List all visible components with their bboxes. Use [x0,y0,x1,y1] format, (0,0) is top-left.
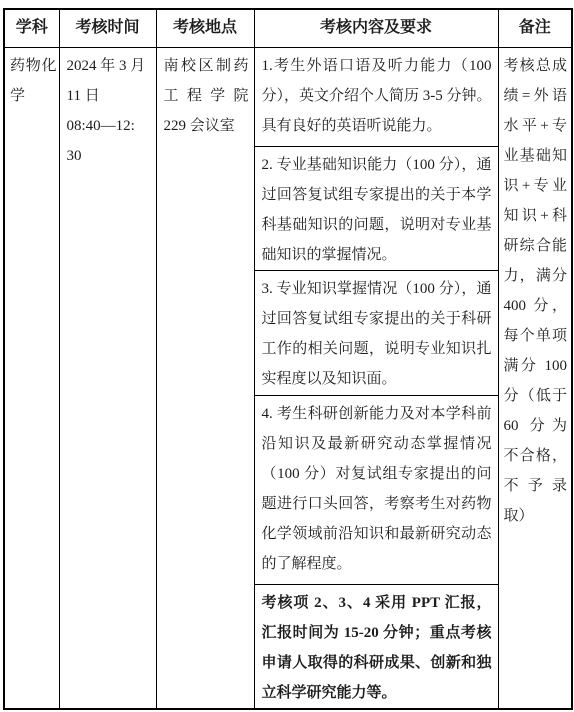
time-line: 11 日 [67,81,152,111]
content-section-text: 3. 专业知识掌握情况（100 分），通过回答复试组专家提出的关于科研工作的相关… [262,274,492,394]
header-time: 考核时间 [59,9,156,47]
time-line: 2024 年 3 月 [67,51,152,81]
time-line: 08:40—12: [67,111,152,141]
assessment-table: 学科 考核时间 考核地点 考核内容及要求 备注 药物化学 2024 年 3 月 … [3,8,573,710]
time-cell: 2024 年 3 月 11 日 08:40—12: 30 [59,47,156,709]
time-line: 30 [67,141,152,171]
content-section-3: 3. 专业知识掌握情况（100 分），通过回答复试组专家提出的关于科研工作的相关… [254,270,498,395]
subject-cell: 药物化学 [4,47,59,709]
content-section-text: 1.考生外语口语及听力能力（100 分），英文介绍个人简历 3-5 分钟。具有良… [262,51,492,141]
location-cell: 南校区制药工程学院 229 会议室 [156,47,254,709]
content-section-2: 2. 专业基础知识能力（100 分），通过回答复试组专家提出的关于本学科基础知识… [254,146,498,270]
remark-text: 考核总成绩=外语水平+专业基础知识+专业知识+科研综合能力，满分 400 分，每… [504,51,568,531]
content-section-text: 2. 专业基础知识能力（100 分），通过回答复试组专家提出的关于本学科基础知识… [262,150,492,270]
table-header-row: 学科 考核时间 考核地点 考核内容及要求 备注 [4,9,572,47]
header-remarks: 备注 [498,9,572,47]
header-content-requirements: 考核内容及要求 [254,9,498,47]
content-section-1: 1.考生外语口语及听力能力（100 分），英文介绍个人简历 3-5 分钟。具有良… [254,47,498,146]
content-section-text: 4. 考生科研创新能力及对本学科前沿知识及最新研究动态掌握情况（100 分）对复… [262,399,492,579]
table-row: 药物化学 2024 年 3 月 11 日 08:40—12: 30 南校区制药工… [4,47,572,146]
header-location: 考核地点 [156,9,254,47]
remark-cell: 考核总成绩=外语水平+专业基础知识+专业知识+科研综合能力，满分 400 分，每… [498,47,572,709]
subject-text: 药物化学 [10,51,57,111]
document-page: 学科 考核时间 考核地点 考核内容及要求 备注 药物化学 2024 年 3 月 … [0,0,574,712]
content-section-4: 4. 考生科研创新能力及对本学科前沿知识及最新研究动态掌握情况（100 分）对复… [254,395,498,584]
header-subject: 学科 [4,9,59,47]
content-section-5: 考核项 2、3、4 采用 PPT 汇报，汇报时间为 15-20 分钟；重点考核申… [254,584,498,709]
content-section-text: 考核项 2、3、4 采用 PPT 汇报，汇报时间为 15-20 分钟；重点考核申… [262,588,492,708]
location-text: 南校区制药工程学院 229 会议室 [164,51,249,141]
